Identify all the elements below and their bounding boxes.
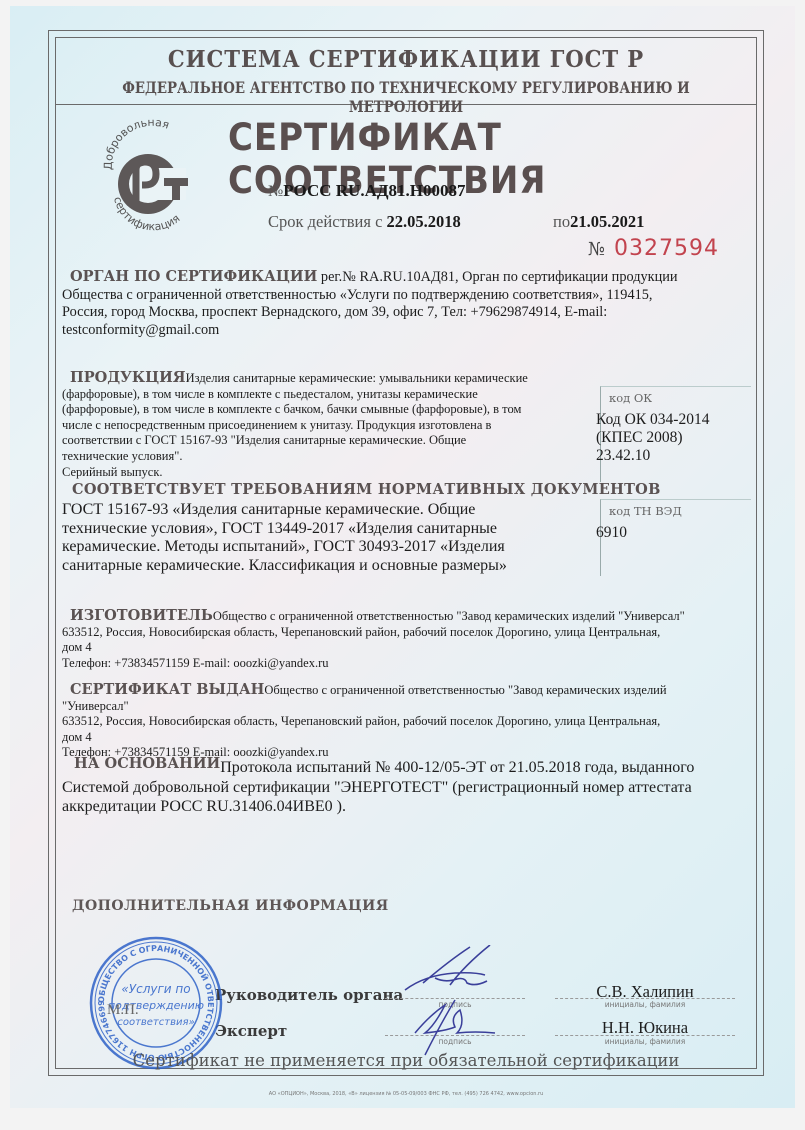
product-line: соответствии с ГОСТ 15167-93 "Изделия са… xyxy=(62,433,582,449)
certification-body-line: Россия, город Москва, проспект Вернадско… xyxy=(62,304,752,322)
certification-body-line: рег.№ RA.RU.10АД81, Орган по сертификаци… xyxy=(321,269,678,285)
basis-section: НА ОСНОВАНИИПротокола испытаний № 400-12… xyxy=(62,754,752,817)
compliance-label-wrap: СООТВЕТСТВУЕТ ТРЕБОВАНИЯМ НОРМАТИВНЫХ ДО… xyxy=(72,481,661,499)
valid-to-date: 21.05.2021 xyxy=(570,212,644,231)
product-line: Изделия санитарные керамические: умываль… xyxy=(186,371,528,385)
blank-number-label: № xyxy=(588,239,606,260)
blank-number: № 0327594 xyxy=(588,236,719,261)
product-line: (фарфоровые), в том числе в комплекте с … xyxy=(62,402,582,418)
mp-label: М.П. xyxy=(107,1002,139,1019)
printer-imprint: АО «ОПЦИОН», Москва, 2018, «В» лицензия … xyxy=(55,1091,757,1097)
name-caption: инициалы, фамилия xyxy=(555,1000,735,1009)
ok-code-line: Код ОК 034-2014 xyxy=(596,411,751,429)
system-title: СИСТЕМА СЕРТИФИКАЦИИ ГОСТ Р xyxy=(83,46,729,73)
signatory-name: Н.Н. Юкина xyxy=(555,1018,735,1038)
basis-label: НА ОСНОВАНИИ xyxy=(74,755,220,772)
certificate-number-label: № xyxy=(268,183,283,200)
issued-to-line: 633512, Россия, Новосибирская область, Ч… xyxy=(62,714,752,730)
blank-number-value: 0327594 xyxy=(614,236,719,261)
tnved-code-box: код ТН ВЭД 6910 xyxy=(600,499,751,576)
certificate-number: №РОСС RU.АД81.Н00087 xyxy=(268,181,466,201)
ok-code-line: (КПЕС 2008) xyxy=(596,429,751,447)
product-label: ПРОДУКЦИЯ xyxy=(70,369,186,386)
validity-from: Срок действия с 22.05.2018 xyxy=(268,212,461,232)
certificate-number-value: РОСС RU.АД81.Н00087 xyxy=(283,181,465,200)
product-section: ПРОДУКЦИЯИзделия санитарные керамические… xyxy=(62,370,582,480)
validity-label: Срок действия с xyxy=(268,212,382,231)
product-line: числе с непосредственным присоединением … xyxy=(62,418,582,434)
compliance-line: керамические. Методы испытаний», ГОСТ 30… xyxy=(62,538,582,557)
valid-from-date: 22.05.2018 xyxy=(387,212,461,231)
signature-role: Эксперт xyxy=(215,1022,287,1040)
issued-to-line: Общество с ограниченной ответственностью… xyxy=(264,683,666,697)
manufacturer-line: Общество с ограниченной ответственностью… xyxy=(213,609,685,623)
certification-body-section: ОРГАН ПО СЕРТИФИКАЦИИ рег.№ RA.RU.10АД81… xyxy=(62,268,752,339)
issued-to-section: СЕРТИФИКАТ ВЫДАНОбщество с ограниченной … xyxy=(62,682,752,761)
compliance-line: технические условия», ГОСТ 13449-2017 «И… xyxy=(62,520,582,539)
certification-body-line: testconformity@gmail.com xyxy=(62,322,752,340)
manufacturer-line: 633512, Россия, Новосибирская область, Ч… xyxy=(62,625,752,641)
compliance-label: СООТВЕТСТВУЕТ ТРЕБОВАНИЯМ НОРМАТИВНЫХ ДО… xyxy=(72,481,661,498)
issued-to-line: дом 4 xyxy=(62,730,752,746)
rst-logo-icon: Добровольная сертификация xyxy=(100,118,200,238)
product-line: технические условия". xyxy=(62,449,582,465)
signatory-name: С.В. Халипин xyxy=(555,982,735,1002)
compliance-line: ГОСТ 15167-93 «Изделия санитарные керами… xyxy=(62,501,582,520)
stamp-center-line: «Услуги по xyxy=(121,982,190,996)
validity-to: по21.05.2021 xyxy=(553,212,644,232)
manufacturer-label: ИЗГОТОВИТЕЛЬ xyxy=(70,607,213,624)
tnved-code-value: 6910 xyxy=(596,524,751,542)
product-line: (фарфоровые), в том числе в комплекте с … xyxy=(62,387,582,403)
agency-name: ФЕДЕРАЛЬНОЕ АГЕНТСТВО ПО ТЕХНИЧЕСКОМУ РЕ… xyxy=(104,78,708,116)
product-line: Серийный выпуск. xyxy=(62,465,582,481)
compliance-section: ГОСТ 15167-93 «Изделия санитарные керами… xyxy=(62,501,582,575)
issued-to-line: "Универсал" xyxy=(62,699,752,715)
ok-code-label: код ОК xyxy=(601,387,751,405)
basis-line: аккредитации РОСС RU.31406.04ИВЕ0 ). xyxy=(62,797,752,817)
compliance-line: санитарные керамические. Классификация и… xyxy=(62,557,582,576)
basis-line: Протокола испытаний № 400-12/05-ЭТ от 21… xyxy=(220,759,694,776)
disclaimer: Сертификат не применяется при обязательн… xyxy=(55,1051,757,1070)
manufacturer-section: ИЗГОТОВИТЕЛЬОбщество с ограниченной отве… xyxy=(62,608,752,671)
manufacturer-line: дом 4 xyxy=(62,640,752,656)
ok-code-box: код ОК Код ОК 034-2014 (КПЕС 2008) 23.42… xyxy=(600,386,751,482)
name-caption: инициалы, фамилия xyxy=(555,1037,735,1046)
certification-body-label: ОРГАН ПО СЕРТИФИКАЦИИ xyxy=(70,268,317,285)
basis-line: Системой добровольной сертификации "ЭНЕР… xyxy=(62,778,752,798)
certification-body-line: Общества с ограниченной ответственностью… xyxy=(62,287,752,305)
manufacturer-line: Телефон: +73834571159 E-mail: ooozki@yan… xyxy=(62,656,752,672)
ok-code-line: 23.42.10 xyxy=(596,447,751,465)
issued-to-label: СЕРТИФИКАТ ВЫДАН xyxy=(70,681,264,698)
signature-role: Руководитель органа xyxy=(215,986,403,1004)
additional-info-label: ДОПОЛНИТЕЛЬНАЯ ИНФОРМАЦИЯ xyxy=(72,898,389,914)
valid-to-label: по xyxy=(553,212,570,231)
tnved-code-label: код ТН ВЭД xyxy=(601,500,751,518)
